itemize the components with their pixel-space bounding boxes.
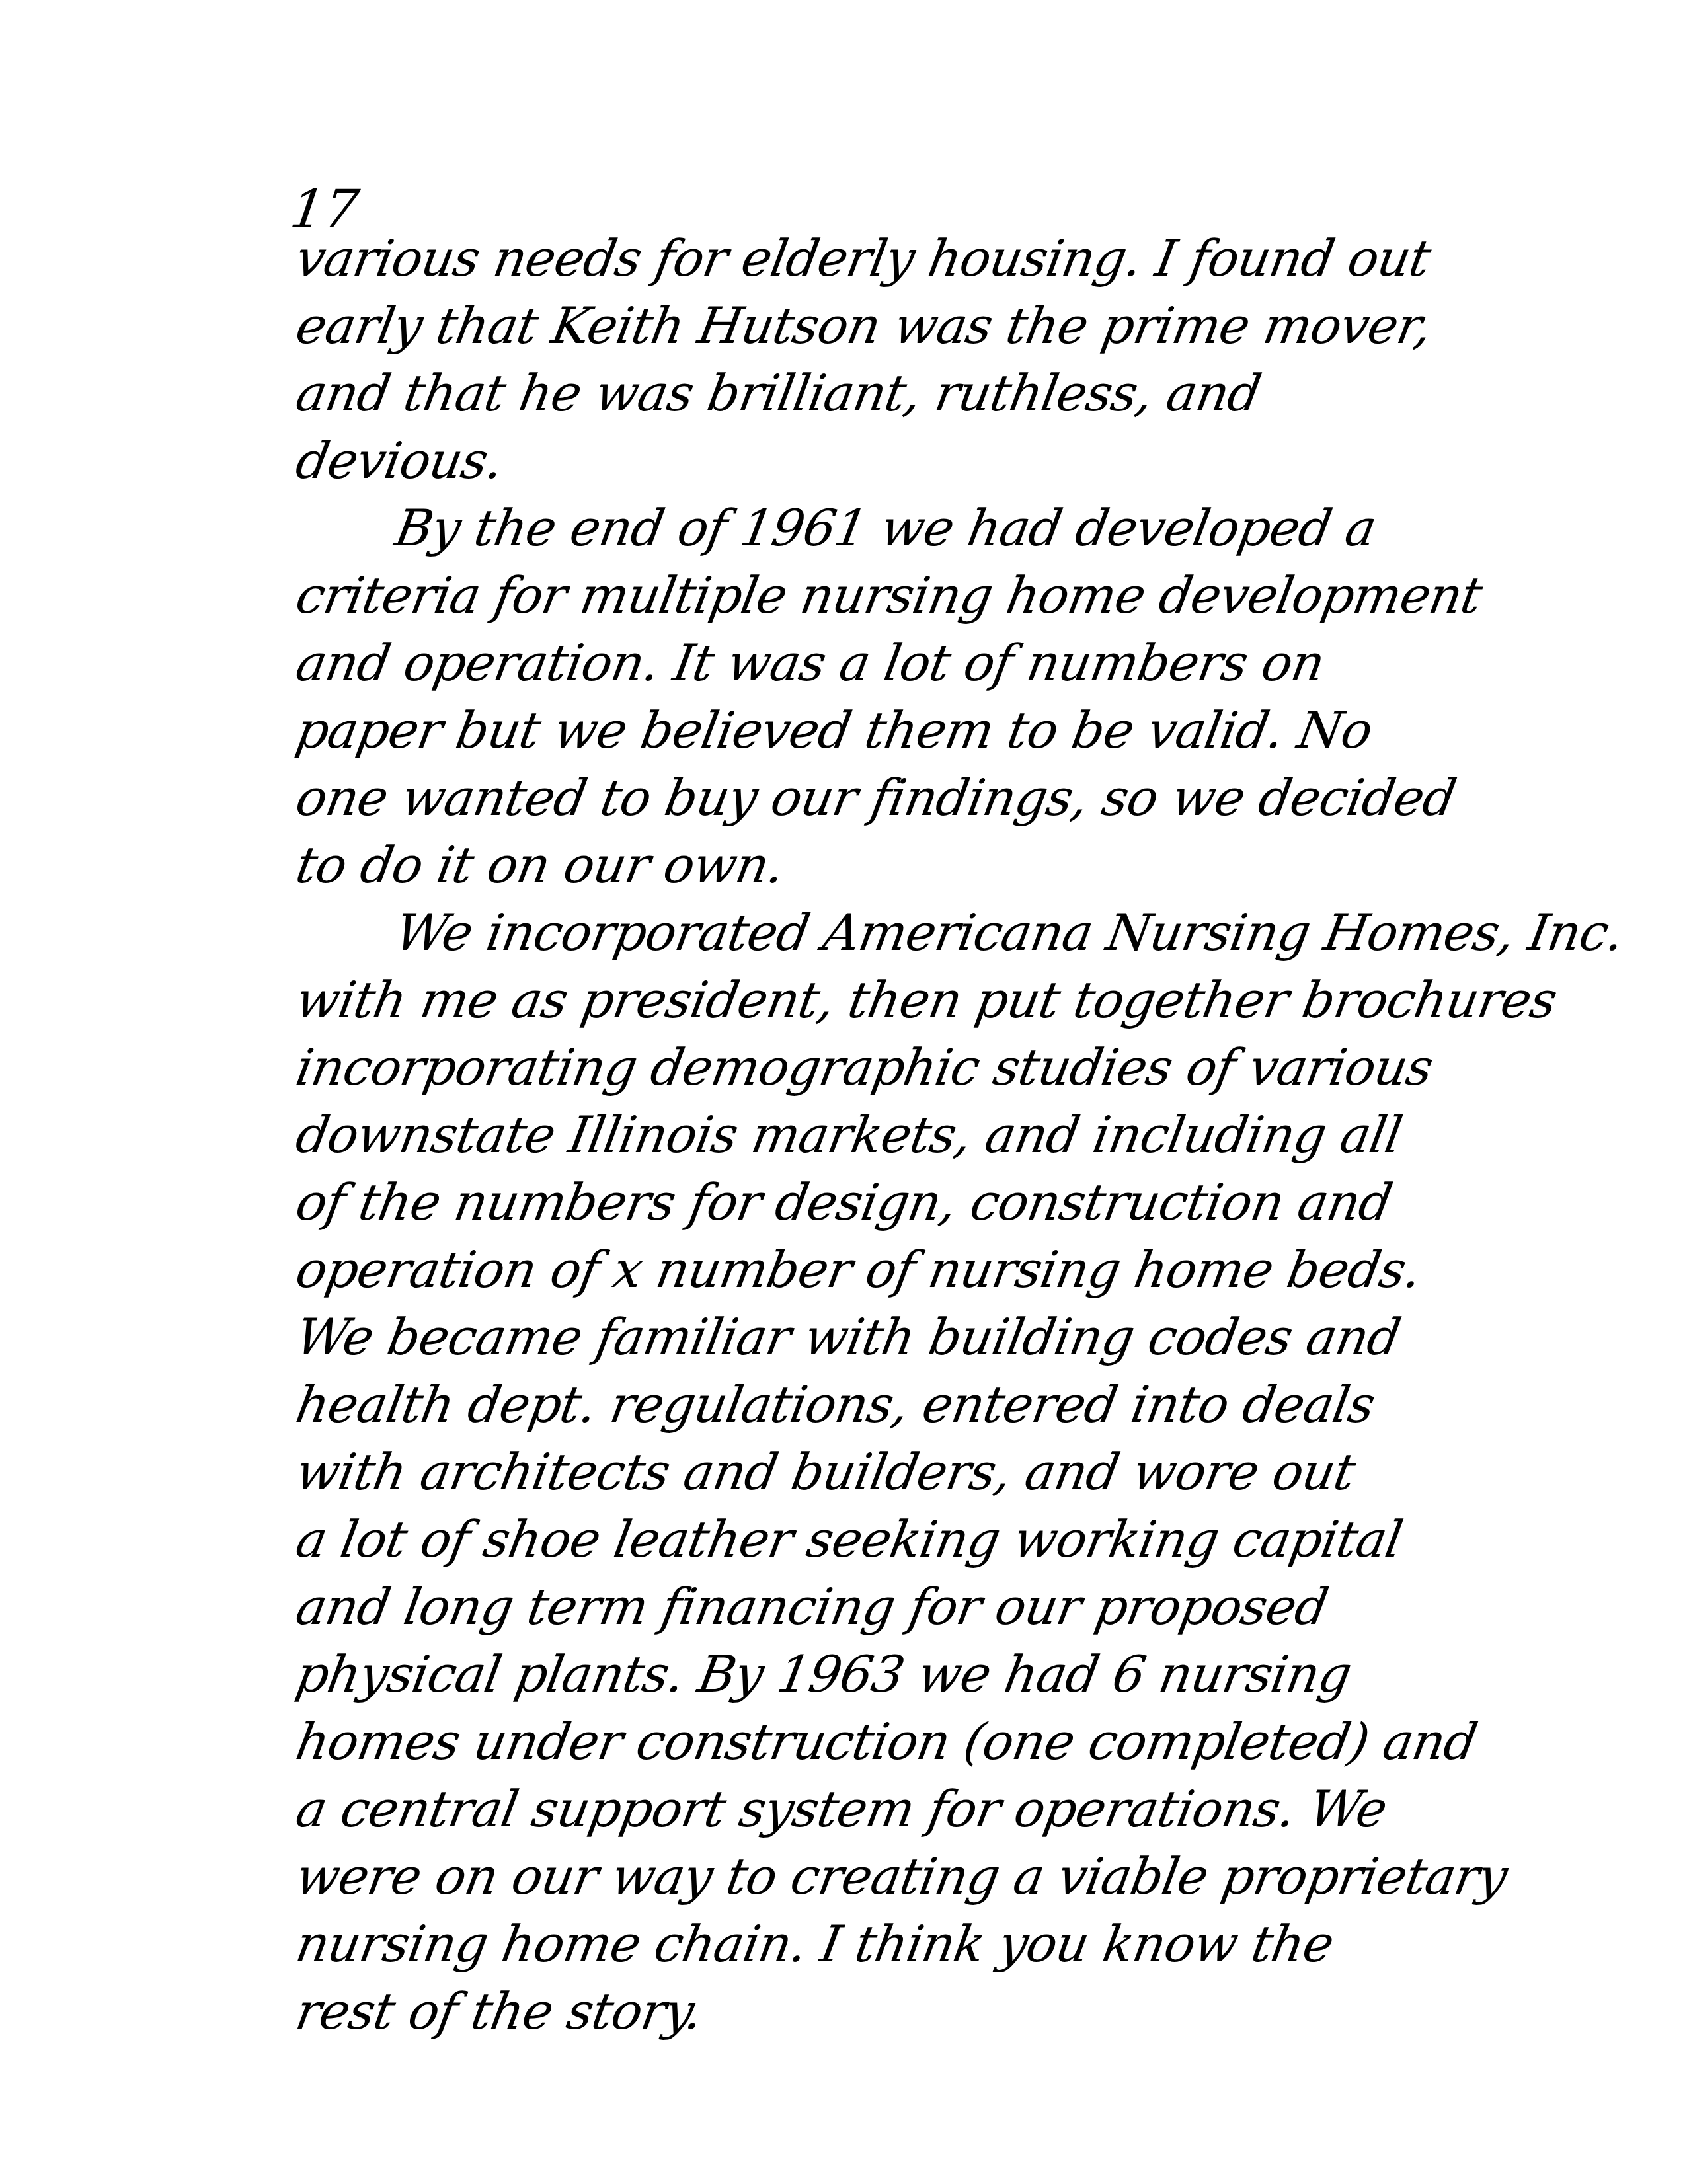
text-line: criteria for multiple nursing home devel… (291, 562, 1493, 629)
text-line: to do it on our own. (291, 832, 1493, 899)
text-line: rest of the story. (291, 1978, 1493, 2045)
text-line: We became familiar with building codes a… (291, 1304, 1493, 1371)
text-line: nursing home chain. I think you know the (291, 1910, 1493, 1978)
text-line: with architects and builders, and wore o… (291, 1438, 1493, 1506)
text-line: early that Keith Hutson was the prime mo… (291, 292, 1493, 360)
text-line: various needs for elderly housing. I fou… (291, 225, 1493, 292)
text-line: operation of x number of nursing home be… (291, 1236, 1493, 1304)
text-line: with me as president, then put together … (291, 966, 1493, 1034)
text-line: a central support system for operations.… (291, 1775, 1493, 1843)
text-line: one wanted to buy our findings, so we de… (291, 764, 1493, 832)
text-line: and operation. It was a lot of numbers o… (291, 629, 1493, 697)
text-line: devious. (291, 427, 1493, 494)
text-line: of the numbers for design, construction … (291, 1169, 1493, 1236)
text-line: By the end of 1961 we had developed a (291, 494, 1493, 562)
text-line: a lot of shoe leather seeking working ca… (291, 1506, 1493, 1573)
text-line: paper but we believed them to be valid. … (291, 697, 1493, 764)
text-line: downstate Illinois markets, and includin… (291, 1101, 1493, 1169)
handwritten-body: various needs for elderly housing. I fou… (291, 225, 1481, 2045)
text-line: incorporating demographic studies of var… (291, 1034, 1493, 1101)
text-line: We incorporated Americana Nursing Homes,… (291, 899, 1493, 966)
text-line: were on our way to creating a viable pro… (291, 1843, 1493, 1910)
text-line: homes under construction (one completed)… (291, 1708, 1493, 1775)
text-line: and that he was brilliant, ruthless, and (291, 360, 1493, 427)
text-line: physical plants. By 1963 we had 6 nursin… (291, 1641, 1493, 1708)
handwritten-page: 17 various needs for elderly housing. I … (0, 0, 1687, 2184)
text-line: and long term financing for our proposed (291, 1573, 1493, 1641)
text-line: health dept. regulations, entered into d… (291, 1371, 1493, 1438)
